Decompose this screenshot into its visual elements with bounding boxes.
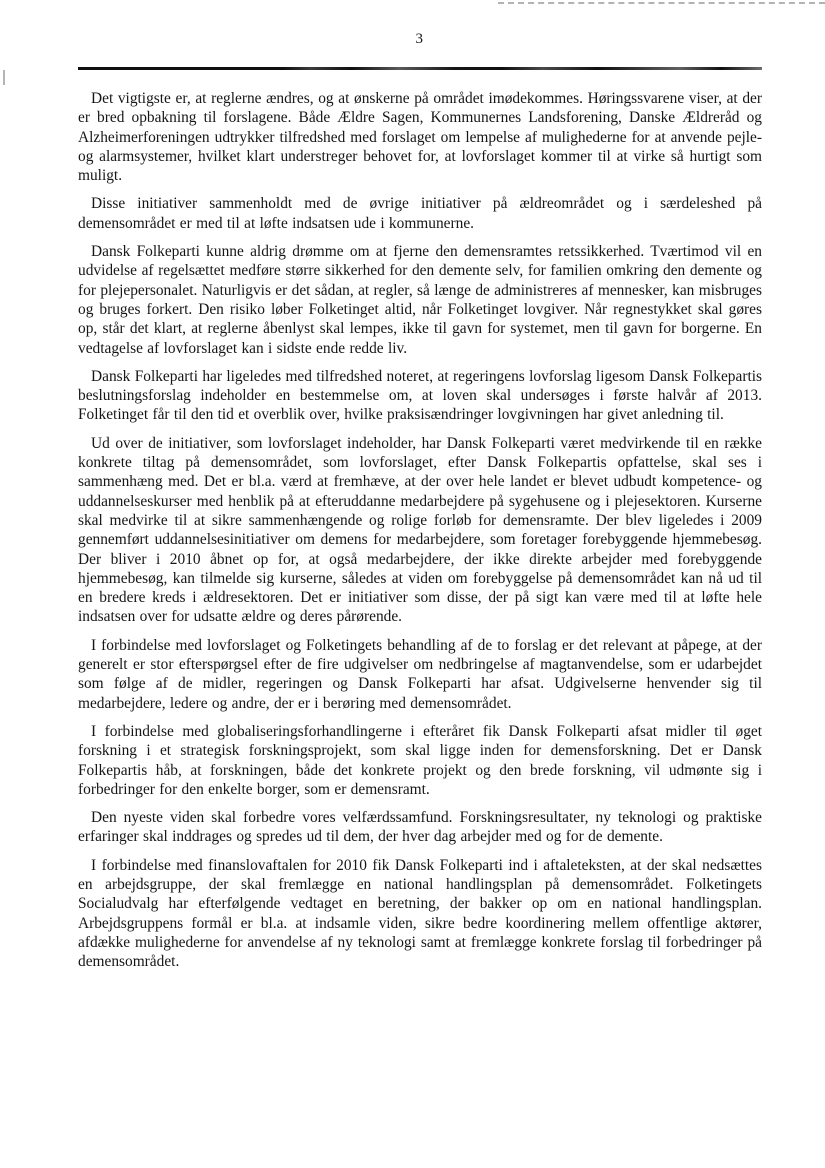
paragraph-4: Dansk Folkeparti har ligeledes med tilfr… bbox=[78, 367, 762, 425]
header-rule bbox=[78, 67, 762, 70]
paragraph-9: I forbindelse med finanslovaftalen for 2… bbox=[78, 856, 762, 972]
paragraph-7: I forbindelse med globaliseringsforhandl… bbox=[78, 722, 762, 799]
document-body: Det vigtigste er, at reglerne ændres, og… bbox=[78, 89, 762, 980]
paragraph-3: Dansk Folkeparti kunne aldrig drømme om … bbox=[78, 242, 762, 358]
paragraph-1: Det vigtigste er, at reglerne ændres, og… bbox=[78, 89, 762, 185]
document-page: 3 Det vigtigste er, at reglerne ændres, … bbox=[0, 0, 825, 1168]
paragraph-6: I forbindelse med lovforslaget og Folket… bbox=[78, 636, 762, 713]
scan-artifact-edge-mark bbox=[3, 70, 5, 85]
scan-artifact-dashed-line bbox=[498, 2, 825, 4]
page-number: 3 bbox=[78, 31, 761, 48]
paragraph-8: Den nyeste viden skal forbedre vores vel… bbox=[78, 808, 762, 847]
paragraph-2: Disse initiativer sammenholdt med de øvr… bbox=[78, 194, 762, 233]
paragraph-5: Ud over de initiativer, som lovforslaget… bbox=[78, 434, 762, 627]
